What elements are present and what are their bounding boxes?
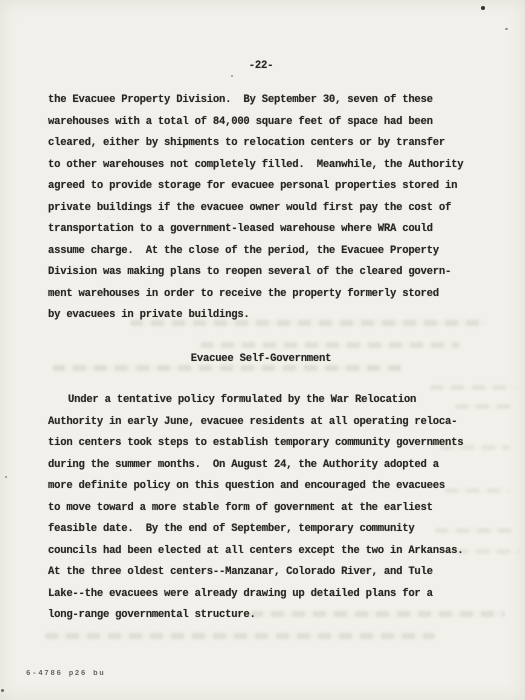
bleed-through-smudge (52, 365, 402, 371)
footer-code: 6-4786 p26 bu (26, 670, 105, 678)
text-line: Division was making plans to reopen seve… (48, 262, 488, 284)
text-line: to other warehouses not completely fille… (48, 155, 488, 177)
text-line: tion centers took steps to establish tem… (48, 433, 488, 455)
bleed-through-smudge (455, 549, 520, 554)
page-number: -22- (48, 59, 474, 73)
paragraph-evacuee-property: the Evacuee Property Division. By Septem… (48, 90, 488, 327)
text-line: feasible date. By the end of September, … (48, 519, 488, 541)
text-line: Authority in early June, evacuee residen… (48, 412, 488, 434)
bleed-through-smudge (130, 320, 487, 326)
text-line: more definite policy on this question an… (48, 476, 488, 498)
bleed-through-smudge (430, 385, 515, 390)
text-line: to move toward a more stable form of gov… (48, 498, 488, 520)
scan-speck (231, 75, 233, 77)
scan-speck (1, 689, 4, 692)
text-line: At the three oldest centers--Manzanar, C… (48, 562, 488, 584)
text-line: Lake--the evacuees were already drawing … (48, 584, 488, 606)
text-line: during the summer months. On August 24, … (48, 455, 488, 477)
text-line: assume charge. At the close of the perio… (48, 241, 488, 263)
text-line: transportation to a government-leased wa… (48, 219, 488, 241)
bleed-through-smudge (45, 633, 435, 639)
paragraph-self-government: Under a tentative policy formulated by t… (48, 390, 488, 627)
bleed-through-smudge (435, 528, 515, 533)
bleed-through-smudge (455, 404, 515, 409)
bleed-through-smudge (445, 488, 510, 493)
scan-speck (5, 476, 7, 478)
bleed-through-smudge (440, 445, 510, 450)
text-line: agreed to provide storage for evacuee pe… (48, 176, 488, 198)
text-line: cleared, either by shipments to relocati… (48, 133, 488, 155)
text-line: private buildings if the evacuee owner w… (48, 198, 488, 220)
document-page: -22- the Evacuee Property Division. By S… (0, 0, 525, 700)
bleed-through-smudge (200, 342, 460, 348)
text-line: ment warehouses in order to receive the … (48, 284, 488, 306)
bleed-through-smudge (250, 611, 505, 617)
text-line: councils had been elected at all centers… (48, 541, 488, 563)
text-line: warehouses with a total of 84,000 square… (48, 112, 488, 134)
scan-speck (505, 28, 508, 30)
text-line: the Evacuee Property Division. By Septem… (48, 90, 488, 112)
text-line: Under a tentative policy formulated by t… (48, 390, 488, 412)
scan-speck (481, 6, 485, 10)
